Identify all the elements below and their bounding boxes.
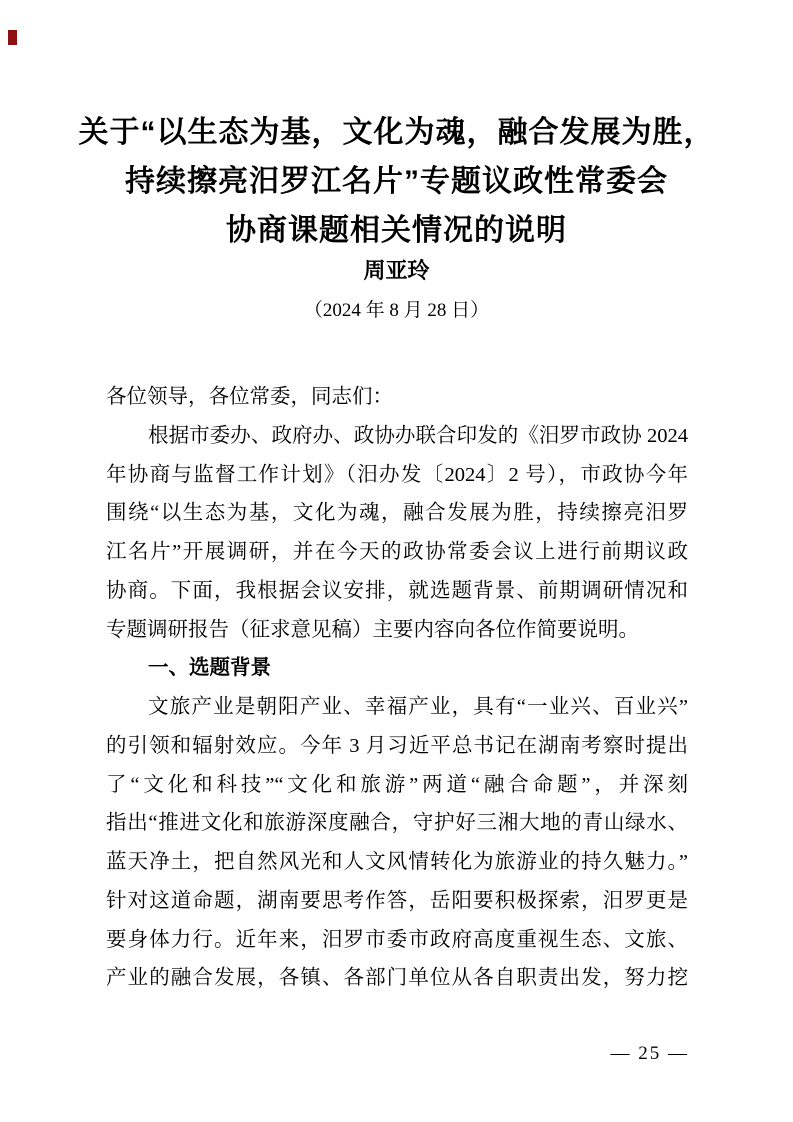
paragraph2-line: 的引领和辐射效应。今年 3 月习近平总书记在湖南考察时提出 bbox=[106, 727, 688, 766]
title-line-3: 协商课题相关情况的说明 bbox=[70, 206, 723, 255]
paragraph2-line: 针对这道命题，湖南要思考作答，岳阳要积极探索，汨罗更是 bbox=[106, 882, 688, 921]
paragraph1-line: 协商。下面，我根据会议安排，就选题背景、前期调研情况和 bbox=[106, 572, 688, 611]
title-line-1: 关于“以生态为基，文化为魂，融合发展为胜， bbox=[70, 108, 723, 157]
paragraph2-line: 文旅产业是朝阳产业、幸福产业，具有“一业兴、百业兴” bbox=[106, 688, 688, 727]
paragraph2-line: 了“文化和科技”“文化和旅游”两道“融合命题”，并深刻 bbox=[106, 766, 688, 805]
page-number: — 25 — bbox=[611, 1042, 690, 1066]
document-title: 关于“以生态为基，文化为魂，融合发展为胜， 持续擦亮汨罗江名片”专题议政性常委会… bbox=[70, 108, 723, 255]
paragraph1-line: 江名片”开展调研，并在今天的政协常委会议上进行前期议政 bbox=[106, 533, 688, 572]
paragraph1-line: 专题调研报告（征求意见稿）主要内容向各位作简要说明。 bbox=[106, 611, 688, 650]
document-body: 各位领导，各位常委，同志们： 根据市委办、政府办、政协办联合印发的《汨罗市政协 … bbox=[106, 378, 688, 998]
document-date: （2024 年 8 月 28 日） bbox=[105, 296, 688, 326]
red-mark bbox=[8, 30, 17, 45]
title-line-2: 持续擦亮汨罗江名片”专题议政性常委会 bbox=[70, 157, 723, 206]
section-heading: 一、选题背景 bbox=[106, 649, 688, 688]
document-page: 关于“以生态为基，文化为魂，融合发展为胜， 持续擦亮汨罗江名片”专题议政性常委会… bbox=[0, 0, 793, 1122]
paragraph2-line: 产业的融合发展，各镇、各部门单位从各自职责出发，努力挖 bbox=[106, 959, 688, 998]
paragraph1-line: 年协商与监督工作计划》（汨办发〔2024〕2 号），市政协今年 bbox=[106, 456, 688, 495]
paragraph2-line: 要身体力行。近年来，汨罗市委市政府高度重视生态、文旅、 bbox=[106, 921, 688, 960]
salutation-line: 各位领导，各位常委，同志们： bbox=[106, 378, 688, 417]
paragraph1-line: 根据市委办、政府办、政协办联合印发的《汨罗市政协 2024 bbox=[106, 417, 688, 456]
paragraph1-line: 围绕“以生态为基，文化为魂，融合发展为胜，持续擦亮汨罗 bbox=[106, 494, 688, 533]
author-name: 周亚玲 bbox=[105, 255, 688, 287]
paragraph2-line: 指出“推进文化和旅游深度融合，守护好三湘大地的青山绿水、 bbox=[106, 804, 688, 843]
paragraph2-line: 蓝天净土，把自然风光和人文风情转化为旅游业的持久魅力。” bbox=[106, 843, 688, 882]
